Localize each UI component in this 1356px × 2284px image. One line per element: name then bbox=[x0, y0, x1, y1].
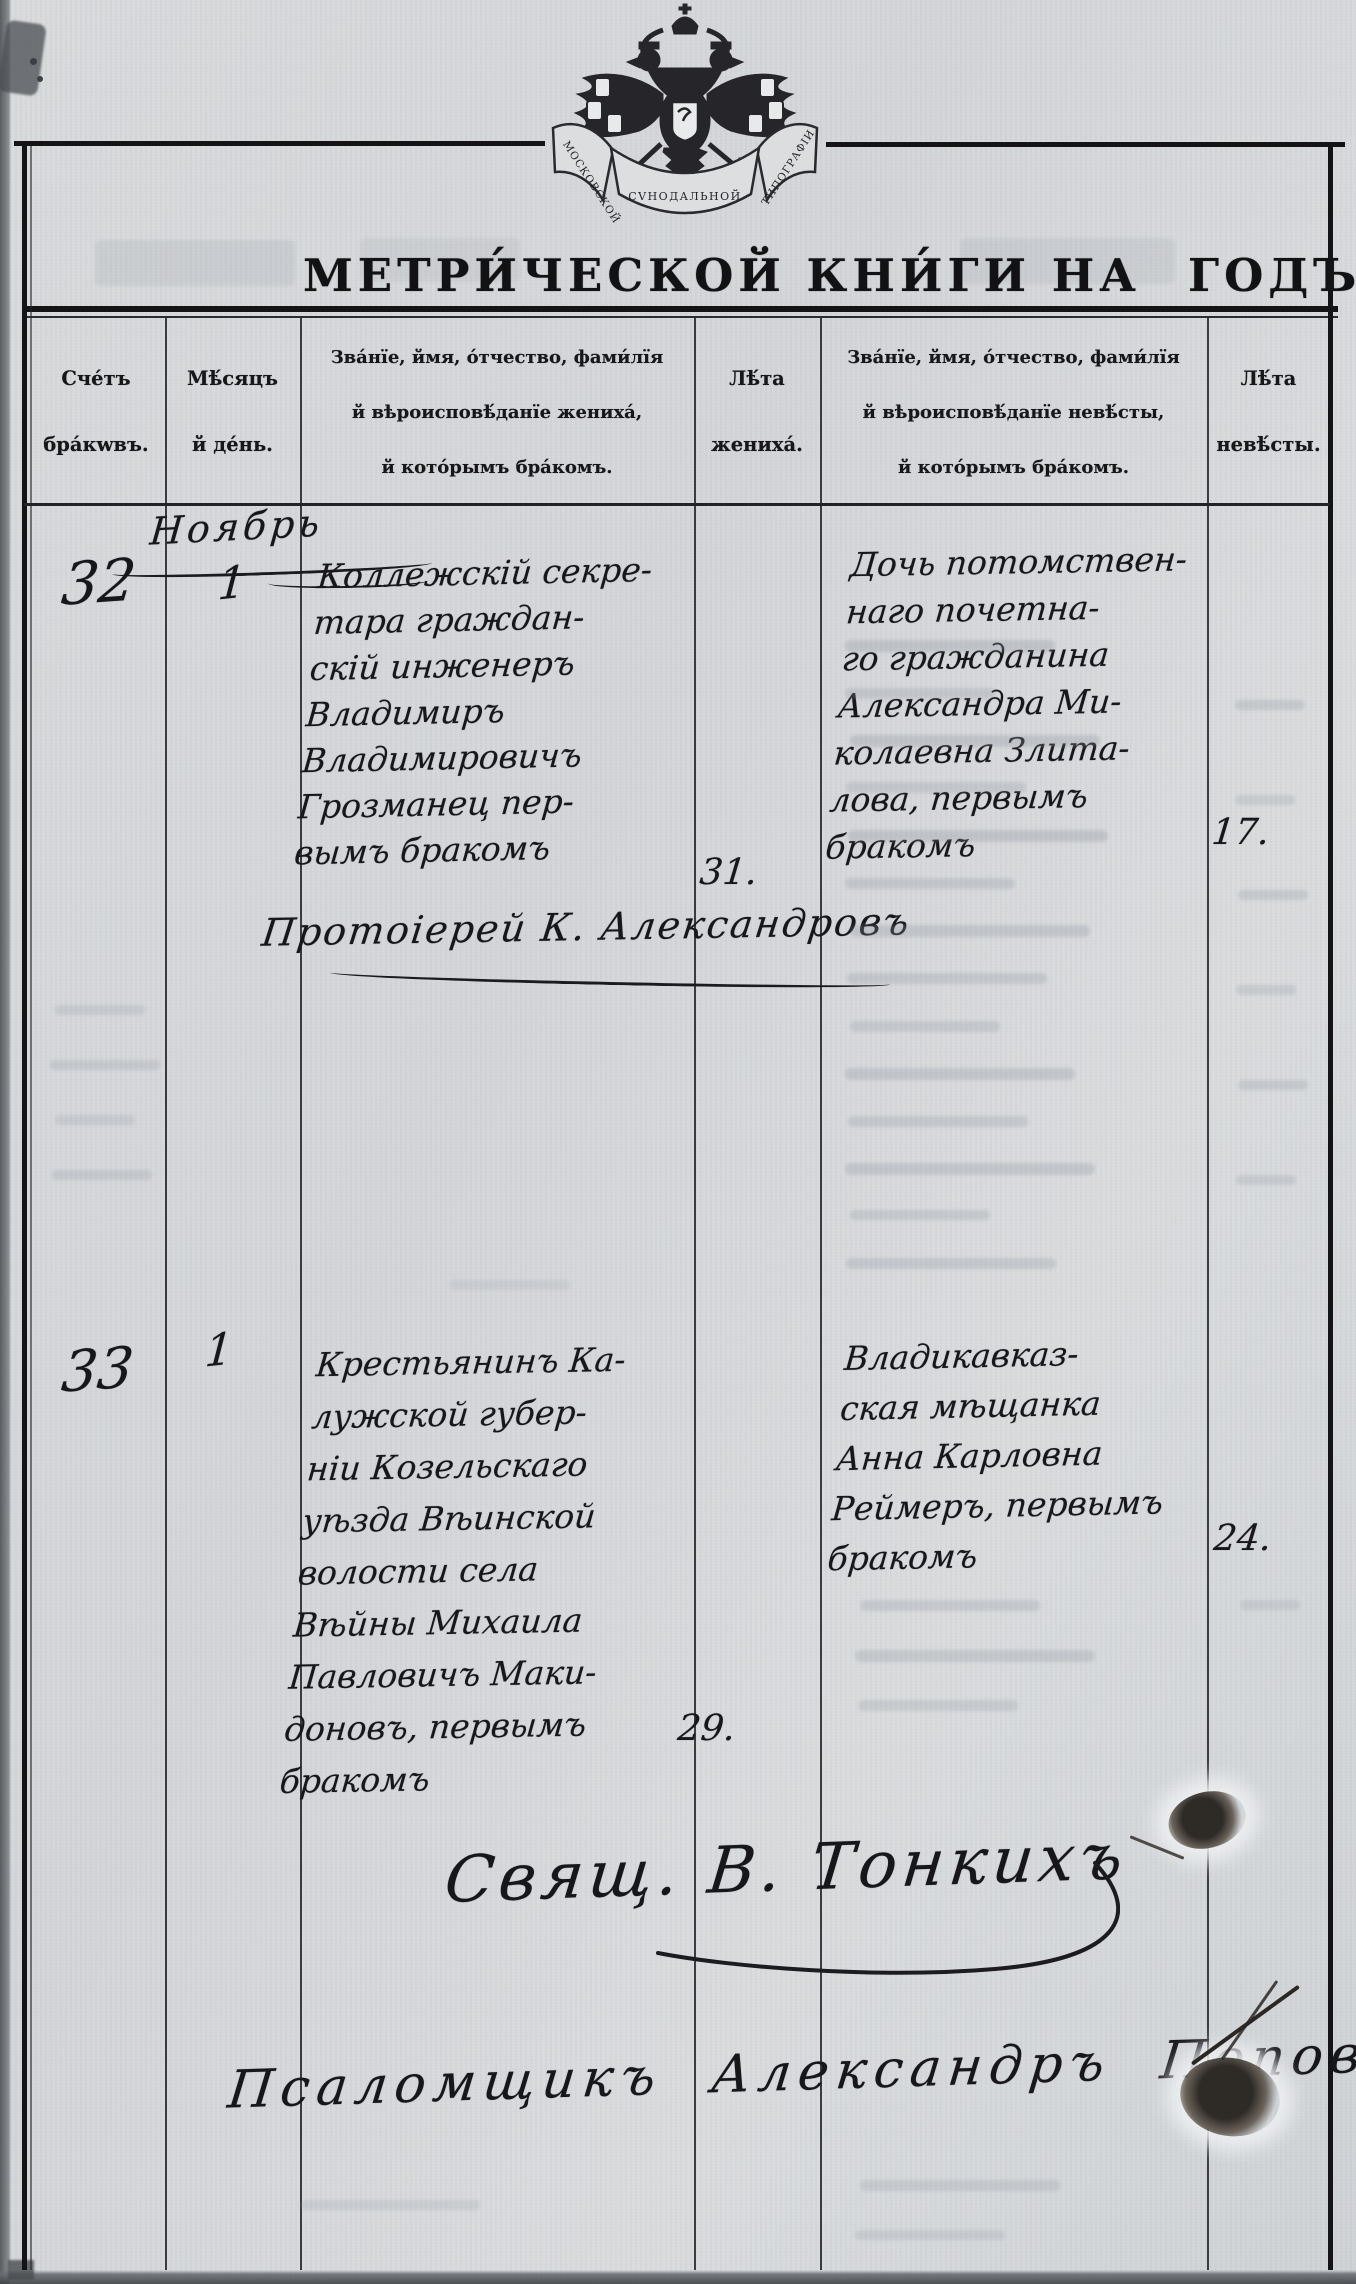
top-frame-line bbox=[826, 142, 1345, 147]
bleedthrough-mark bbox=[1235, 795, 1295, 805]
bleedthrough-mark bbox=[845, 688, 995, 699]
bleedthrough-mark bbox=[860, 1600, 1040, 1611]
bride-age: 24. bbox=[1212, 1518, 1274, 1559]
groom-age: 29. bbox=[676, 1708, 738, 1749]
bleedthrough-mark bbox=[850, 925, 1090, 937]
groom-age: 31. bbox=[698, 852, 760, 893]
table-grid-line bbox=[165, 318, 167, 2270]
header-cell-bride-age: Лѣ́та невѣ́сты. bbox=[1207, 326, 1330, 498]
bleedthrough-mark bbox=[858, 1700, 1018, 1711]
bleedthrough-mark bbox=[1236, 1175, 1296, 1185]
bleedthrough-mark bbox=[1240, 1600, 1300, 1610]
bleedthrough-mark bbox=[850, 1021, 1000, 1032]
scan-edge-bottom bbox=[0, 2270, 1356, 2284]
bleedthrough-mark bbox=[847, 973, 1047, 984]
bleedthrough-mark bbox=[300, 2200, 480, 2210]
bleedthrough-mark bbox=[95, 240, 295, 286]
header-cell-groom-age: Лѣ́та жениха́. bbox=[694, 326, 820, 498]
month-heading: Ноябрь bbox=[148, 500, 325, 553]
bleedthrough-mark bbox=[52, 1170, 152, 1180]
masthead-rule-thin bbox=[22, 316, 1338, 318]
wedding-day: 1 bbox=[216, 556, 247, 611]
wedding-day: 1 bbox=[203, 1323, 234, 1378]
masthead-rule-thick bbox=[22, 306, 1338, 312]
header-cell-bride: Зва́нїе, ймя, о́тчество, фами́лїя й вѣро… bbox=[820, 326, 1207, 498]
header-cell-month-day: Мѣ́сяцъ й де́нь. bbox=[165, 326, 300, 498]
signature-flourish bbox=[640, 1855, 1120, 1995]
bleedthrough-mark bbox=[55, 1115, 135, 1125]
bleedthrough-mark bbox=[845, 1068, 1075, 1080]
imperial-eagle-icon: МОСКОВСКОЙ СVНОДАЛЬНОЙ ТИПОГРАФІИ bbox=[545, 2, 825, 228]
bleedthrough-mark bbox=[848, 830, 1108, 842]
groom-description: Крестьянинъ Ка- лужской губер- ніи Козел… bbox=[278, 1332, 729, 1808]
bleedthrough-mark bbox=[1238, 1080, 1308, 1090]
ribbon-text-center: СVНОДАЛЬНОЙ bbox=[628, 189, 742, 203]
bleedthrough-mark bbox=[1238, 890, 1308, 900]
paper-hole bbox=[1162, 1783, 1251, 1856]
officiant-signature: Протоіерей К. Александровъ bbox=[259, 899, 913, 954]
header-cell-groom: Зва́нїе, ймя, о́тчество, фами́лїя й вѣро… bbox=[300, 326, 694, 498]
scan-corner-dot bbox=[30, 58, 37, 65]
bleedthrough-mark bbox=[845, 640, 1055, 652]
bleedthrough-mark bbox=[845, 1163, 1095, 1175]
table-grid-line bbox=[300, 318, 302, 2270]
bleedthrough-mark bbox=[845, 878, 1015, 889]
bleedthrough-mark bbox=[855, 2230, 1005, 2240]
bleedthrough-mark bbox=[1235, 700, 1305, 710]
record-number: 33 bbox=[59, 1335, 137, 1406]
bleedthrough-mark bbox=[846, 782, 1026, 793]
bleedthrough-mark bbox=[850, 735, 1100, 747]
scan-corner-artifact bbox=[0, 20, 47, 97]
bleedthrough-mark bbox=[846, 1258, 1056, 1269]
bleedthrough-mark bbox=[50, 1060, 160, 1070]
bride-description: Дочь потомствен- наго почетна- го гражда… bbox=[824, 534, 1253, 871]
signature-underline-flourish bbox=[330, 966, 890, 991]
bride-age: 17. bbox=[1210, 812, 1272, 853]
page-title: МЕТРИ́ЧЕСКОЙ КНИ́ГИ НА bbox=[303, 249, 1141, 302]
record-number: 32 bbox=[58, 545, 139, 619]
bleedthrough-mark bbox=[848, 1116, 1028, 1127]
metrical-book-scan: МОСКОВСКОЙ СVНОДАЛЬНОЙ ТИПОГРАФІИ МЕТРИ́… bbox=[0, 0, 1356, 2284]
bleedthrough-mark bbox=[450, 1280, 570, 1290]
top-frame-line bbox=[14, 141, 545, 146]
bleedthrough-mark bbox=[860, 2180, 1060, 2191]
bleedthrough-mark bbox=[1236, 985, 1296, 995]
bleedthrough-mark bbox=[55, 1005, 145, 1015]
scan-corner-dot bbox=[37, 76, 43, 82]
groom-description: Коллежскій секре- тара граждан- скій инж… bbox=[292, 545, 719, 876]
bleedthrough-mark bbox=[855, 1650, 1095, 1662]
bleedthrough-mark bbox=[850, 1210, 990, 1220]
scan-edge-left bbox=[0, 0, 11, 2284]
bride-description: Владикавказ- ская мѣщанка Анна Карловна … bbox=[826, 1326, 1247, 1585]
header-cell-count: Сче́тъ бра́кwвъ. bbox=[27, 326, 165, 498]
